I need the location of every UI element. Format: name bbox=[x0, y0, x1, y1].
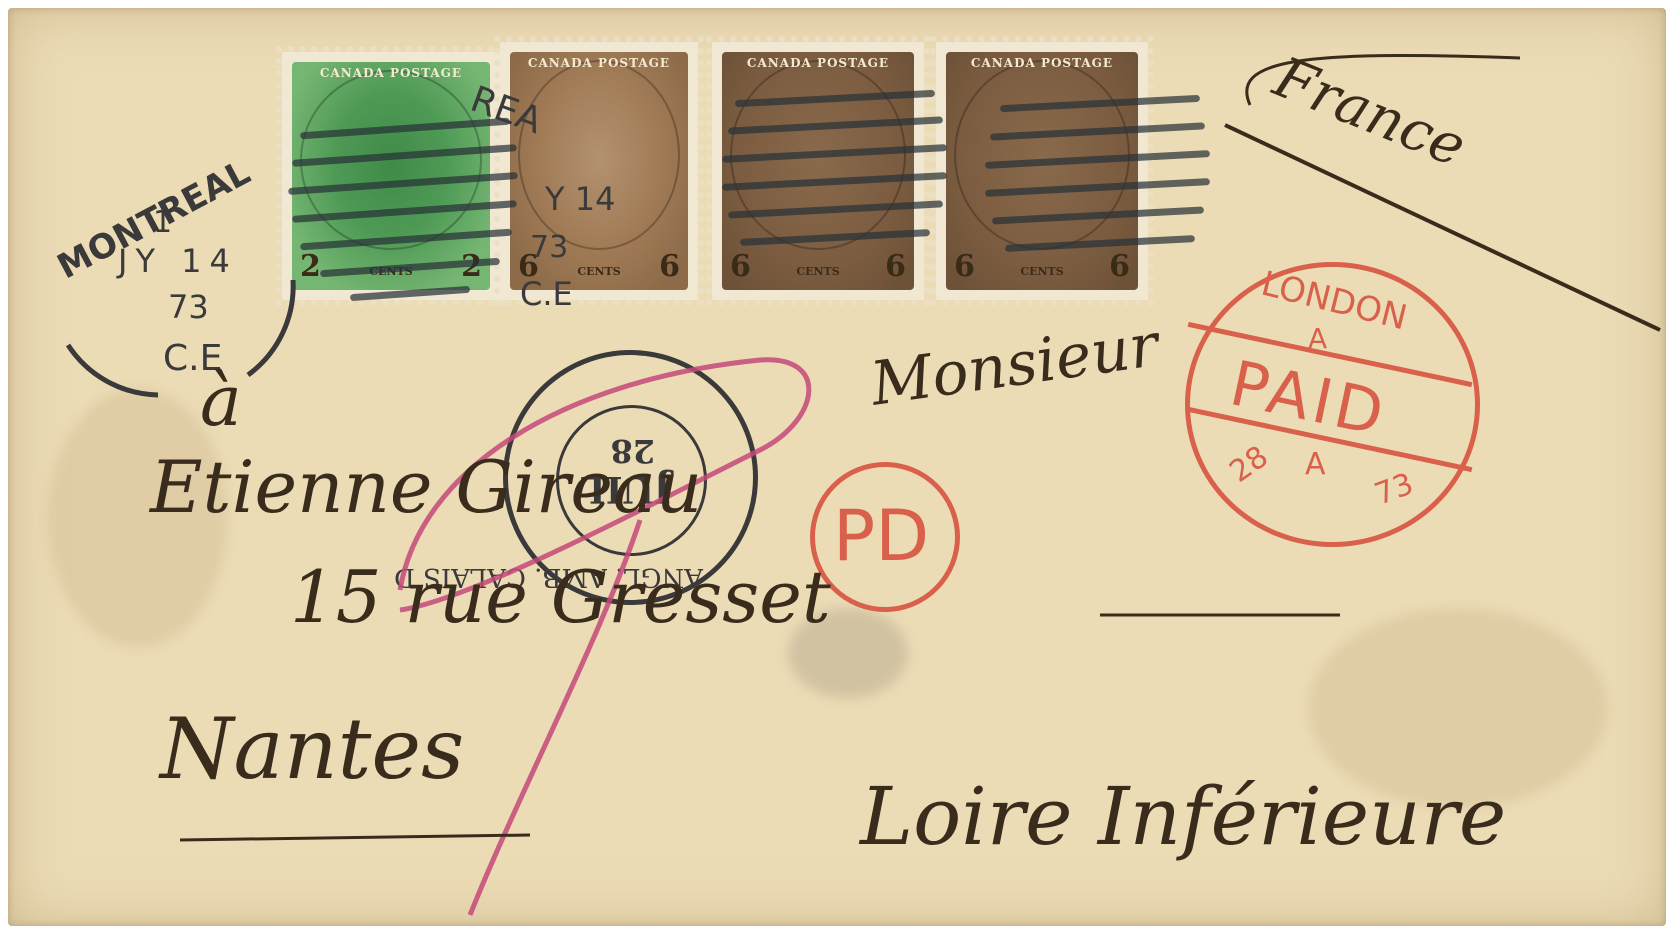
department-text: Loire Inférieure bbox=[860, 770, 1506, 863]
city-text: Nantes bbox=[160, 700, 464, 798]
addressee-name-text: Etienne Gireau bbox=[150, 445, 702, 529]
salutation-text: à bbox=[200, 360, 242, 442]
street-address-text: 15 rue Gresset bbox=[290, 555, 831, 639]
